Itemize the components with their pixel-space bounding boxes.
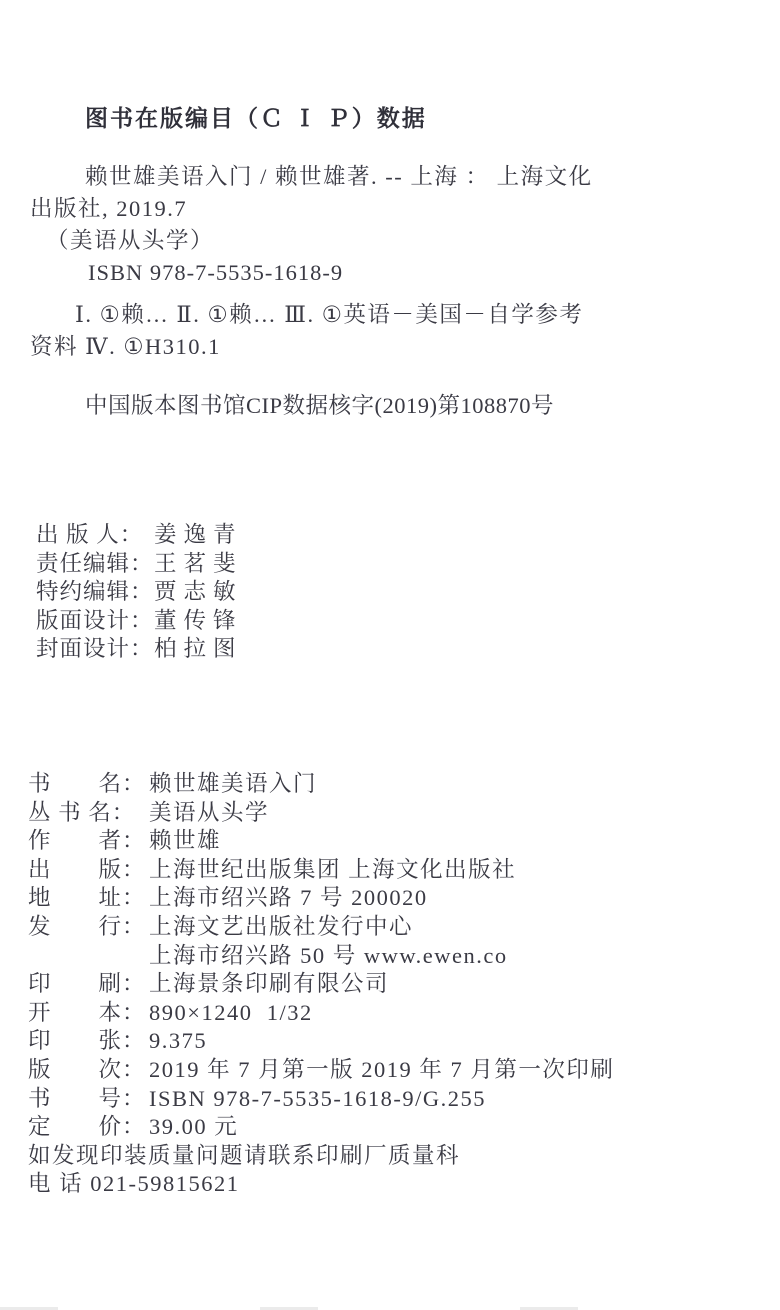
detail-row: 版 次：2019 年 7 月第一版 2019 年 7 月第一次印刷 — [28, 1056, 768, 1085]
detail-row-value: 2019 年 7 月第一版 2019 年 7 月第一次印刷 — [149, 1057, 614, 1082]
detail-row: 发 行：上海文艺出版社发行中心 — [28, 913, 768, 942]
staff-credits-list: 出 版 人： 姜逸青责任编辑： 王茗斐特约编辑： 贾志敏版面设计： 董传锋封面设… — [36, 521, 243, 664]
staff-row-value: 柏拉图 — [154, 636, 243, 661]
staff-row-label: 责任编辑： — [36, 550, 154, 579]
quality-phone-line: 电 话 021-59815621 — [28, 1170, 768, 1199]
detail-row-label: 发 行： — [28, 913, 149, 942]
detail-row-value: 美语从头学 — [149, 800, 269, 825]
detail-row-label: 开 本： — [28, 999, 149, 1028]
page-title: 图书在版编目（Ｃ Ｉ Ｐ）数据 — [85, 100, 427, 133]
detail-row-value: 上海文艺出版社发行中心 — [149, 914, 413, 939]
staff-row-label: 封面设计： — [36, 635, 154, 664]
detail-row-value: 赖世雄 — [149, 828, 221, 853]
detail-row: 上海市绍兴路 50 号 www.ewen.co — [28, 942, 768, 971]
cip-classification-block: Ⅰ. ①赖… Ⅱ. ①赖… Ⅲ. ①英语－美国－自学参考 资料 Ⅳ. ①H310… — [30, 299, 760, 363]
staff-row: 出 版 人： 姜逸青 — [36, 521, 243, 550]
detail-row-label: 印 张： — [28, 1027, 149, 1056]
detail-row-label: 印 刷： — [28, 970, 149, 999]
staff-row: 责任编辑： 王茗斐 — [36, 550, 243, 579]
cip-record-block: 赖世雄美语入门 / 赖世雄著. -- 上海 ： 上海文化 出版社, 2019.7… — [30, 161, 760, 289]
detail-row-value: 上海世纪出版集团 上海文化出版社 — [149, 857, 516, 882]
detail-row-value: 39.00 元 — [149, 1114, 238, 1139]
detail-row: 书 名：赖世雄美语入门 — [28, 770, 768, 799]
detail-row-value: 上海市绍兴路 7 号 200020 — [149, 885, 428, 910]
detail-row-value: 9.375 — [149, 1028, 207, 1053]
detail-row-label: 书 号： — [28, 1085, 149, 1114]
staff-row: 特约编辑： 贾志敏 — [36, 578, 243, 607]
detail-row-value: 上海景条印刷有限公司 — [149, 971, 389, 996]
quality-note-line: 如发现印装质量问题请联系印刷厂质量科 — [28, 1142, 768, 1171]
detail-row: 地 址：上海市绍兴路 7 号 200020 — [28, 884, 768, 913]
detail-row: 丛 书 名：美语从头学 — [28, 799, 768, 828]
copyright-page: { "heading": "图书在版编目（Ｃ Ｉ Ｐ）数据", "cip": {… — [0, 0, 780, 1310]
cip-classification-line-2: 资料 Ⅳ. ①H310.1 — [30, 331, 760, 363]
detail-row-label: 地 址： — [28, 884, 149, 913]
staff-row-label: 版面设计： — [36, 607, 154, 636]
detail-row-value: 上海市绍兴路 50 号 www.ewen.co — [149, 943, 508, 968]
staff-row-value: 贾志敏 — [154, 579, 243, 604]
detail-row-label: 作 者： — [28, 827, 149, 856]
detail-row-value: 890×1240 1/32 — [149, 1000, 313, 1025]
detail-row-value: 赖世雄美语入门 — [149, 771, 317, 796]
cip-isbn: ISBN 978-7-5535-1618-9 — [30, 257, 760, 289]
detail-row-label: 出 版： — [28, 856, 149, 885]
staff-row-value: 姜逸青 — [154, 522, 243, 547]
staff-row-label: 特约编辑： — [36, 578, 154, 607]
detail-row: 印 张：9.375 — [28, 1027, 768, 1056]
staff-row: 版面设计： 董传锋 — [36, 607, 243, 636]
detail-row: 印 刷：上海景条印刷有限公司 — [28, 970, 768, 999]
staff-row-value: 董传锋 — [154, 608, 243, 633]
detail-row-value: ISBN 978-7-5535-1618-9/G.255 — [149, 1086, 486, 1111]
detail-row-label: 丛 书 名： — [28, 799, 149, 828]
detail-row: 书 号：ISBN 978-7-5535-1618-9/G.255 — [28, 1085, 768, 1114]
publication-details-list: 书 名：赖世雄美语入门丛 书 名：美语从头学作 者：赖世雄出 版：上海世纪出版集… — [28, 770, 768, 1199]
detail-row-label: 版 次： — [28, 1056, 149, 1085]
cip-record-line-1: 赖世雄美语入门 / 赖世雄著. -- 上海 ： 上海文化 — [30, 161, 760, 193]
cip-classification-line-1: Ⅰ. ①赖… Ⅱ. ①赖… Ⅲ. ①英语－美国－自学参考 — [30, 299, 760, 331]
detail-row: 定 价：39.00 元 — [28, 1113, 768, 1142]
staff-row: 封面设计： 柏拉图 — [36, 635, 243, 664]
detail-row: 出 版：上海世纪出版集团 上海文化出版社 — [28, 856, 768, 885]
staff-row-value: 王茗斐 — [154, 551, 243, 576]
detail-row-label: 定 价： — [28, 1113, 149, 1142]
cip-series-name: （美语从头学） — [30, 225, 760, 257]
detail-row: 作 者：赖世雄 — [28, 827, 768, 856]
staff-row-label: 出 版 人： — [36, 521, 154, 550]
detail-row-label: 书 名： — [28, 770, 149, 799]
cip-registry-number: 中国版本图书馆CIP数据核字(2019)第108870号 — [85, 388, 554, 420]
detail-row: 开 本：890×1240 1/32 — [28, 999, 768, 1028]
cip-record-line-2: 出版社, 2019.7 — [30, 193, 760, 225]
